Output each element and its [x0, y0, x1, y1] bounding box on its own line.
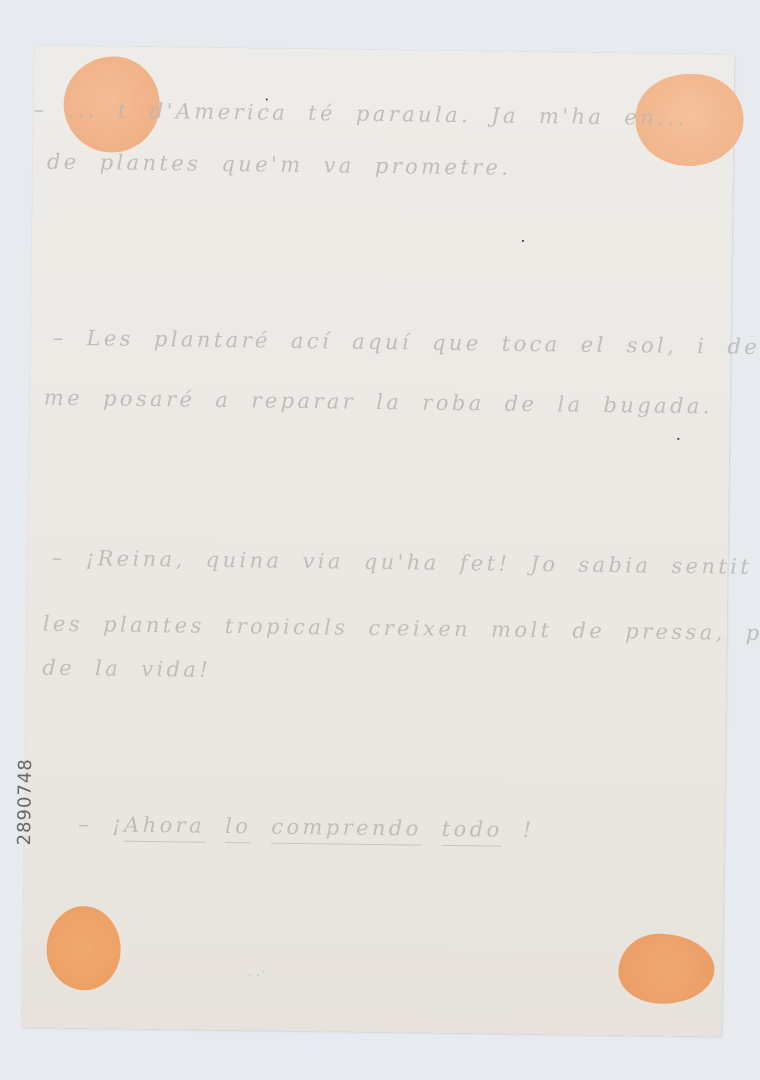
- catalog-number: 2890748: [14, 758, 36, 845]
- handwritten-line-3: – Les plantaré ací aquí que toca el sol,…: [52, 326, 760, 360]
- paper-speck: [266, 98, 268, 100]
- paper-speck: [522, 240, 524, 242]
- underlined-word-lo: lo: [225, 814, 252, 843]
- underlined-word-ahora: Ahora: [124, 813, 205, 843]
- paper-speck: [677, 438, 679, 440]
- adhesive-dot-bottom-right: [618, 933, 715, 1004]
- handwritten-line-5: – ¡Reina, quina via qu'ha fet! Jo sabia …: [52, 546, 760, 580]
- handwritten-line-6: les plantes tropicals creixen molt de pr…: [43, 612, 760, 647]
- paper-marks: · ·˙: [248, 970, 267, 981]
- underlined-word-comprendo: comprendo: [271, 815, 422, 846]
- underlined-word-todo: todo: [442, 817, 503, 847]
- handwritten-line-7: de la vida!: [42, 656, 211, 682]
- line-8-suffix: !: [523, 818, 535, 842]
- paper-sheet: – ... t d'America té paraula. Ja m'ha en…: [22, 45, 735, 1036]
- handwritten-line-4: me posaré a reparar la roba de la bugada…: [44, 386, 713, 419]
- adhesive-dot-bottom-left: [46, 906, 121, 991]
- line-8-prefix: – ¡: [78, 812, 124, 837]
- handwritten-line-2: de plantes que'm va prometre.: [47, 150, 512, 180]
- handwritten-line-8: – ¡Ahora lo comprendo todo !: [78, 812, 535, 842]
